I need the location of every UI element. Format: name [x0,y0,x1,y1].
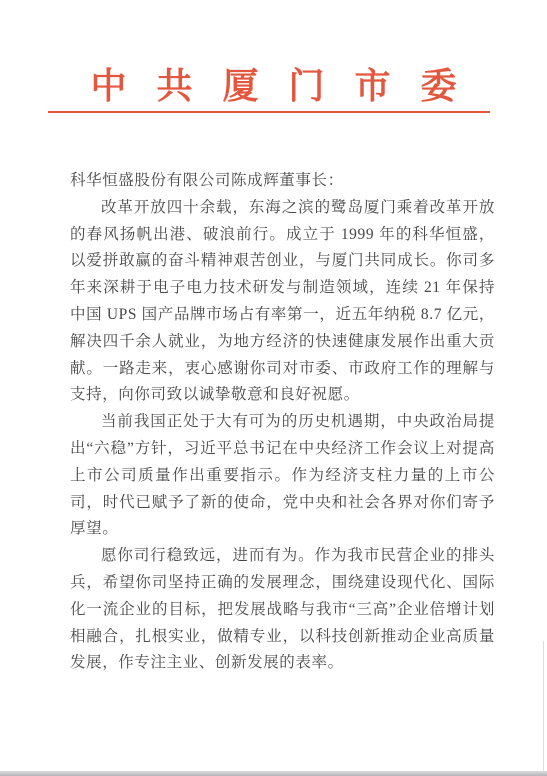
letterhead-divider [48,111,490,113]
paragraph: 当前我国正处于大有可为的历史机遇期，中央政治局提出“六稳”方针，习近平总书记在中… [70,409,495,543]
letter-paragraphs: 改革开放四十余载，东海之滨的鹭岛厦门乘着改革开放的春风扬帆出港、破浪前行。成立于… [70,195,495,677]
paragraph: 改革开放四十余载，东海之滨的鹭岛厦门乘着改革开放的春风扬帆出港、破浪前行。成立于… [70,195,495,409]
letter-body: 科华恒盛股份有限公司陈成辉董事长： 改革开放四十余载，东海之滨的鹭岛厦门乘着改革… [70,168,495,677]
paragraph: 愿你司行稳致远，进而有为。作为我市民营企业的排头兵，希望你司坚持正确的发展理念，… [70,543,495,677]
letter-page: 中共厦门市委 科华恒盛股份有限公司陈成辉董事长： 改革开放四十余载，东海之滨的鹭… [0,0,547,776]
scan-edge-bottom [0,771,547,776]
scan-edge-right [543,641,544,771]
letterhead-title: 中共厦门市委 [0,58,547,109]
letterhead: 中共厦门市委 [0,58,547,109]
salutation: 科华恒盛股份有限公司陈成辉董事长： [70,168,495,195]
